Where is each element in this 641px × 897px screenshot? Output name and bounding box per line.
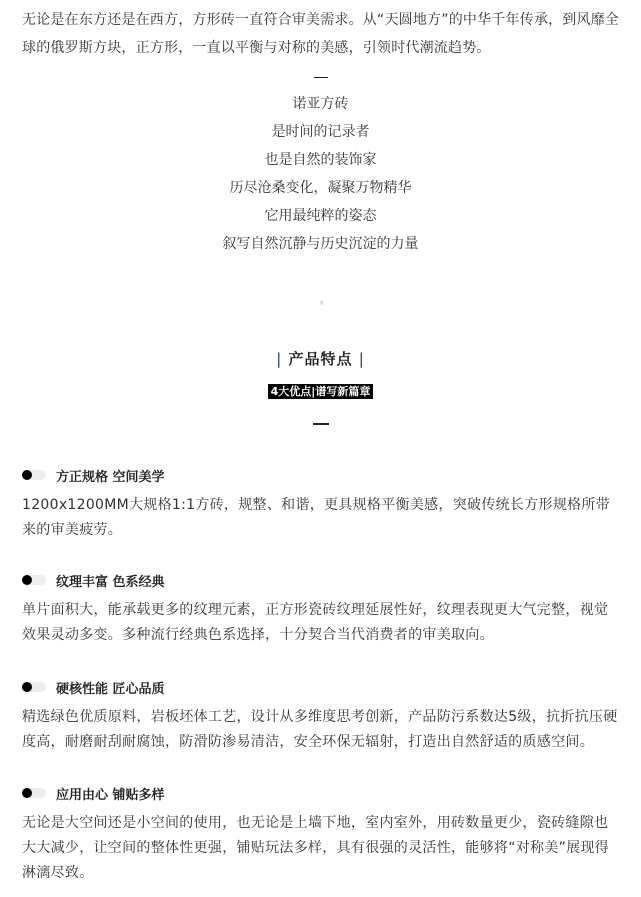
poem-line: 也是自然的装饰家 — [0, 146, 641, 174]
feature-header: 硬核性能 匠心品质 — [22, 677, 622, 697]
feature-body: 1200x1200MM大规格1:1方砖，规整、和谐，更具规格平衡美感，突破传统长… — [22, 493, 622, 543]
feature-item: 硬核性能 匠心品质 精选绿色优质原料，岩板坯体工艺，设计从多维度思考创新，产品防… — [22, 677, 622, 755]
toggle-knob — [22, 682, 32, 692]
toggle-knob — [22, 575, 32, 585]
toggle-bullet-icon — [22, 470, 46, 480]
toggle-knob — [22, 470, 32, 480]
feature-item: 方正规格 空间美学 1200x1200MM大规格1:1方砖，规整、和谐，更具规格… — [22, 465, 622, 543]
divider-dash — [314, 77, 328, 78]
feature-header: 应用由心 铺贴多样 — [22, 783, 622, 803]
toggle-bullet-icon — [22, 575, 46, 585]
divider-dash-bold — [313, 423, 329, 425]
bar-right: | — [359, 350, 365, 368]
feature-title: 纹理丰富 色系经典 — [56, 571, 165, 590]
tagline-badge: 4大优点|谱写新篇章 — [268, 384, 374, 399]
intro-paragraph: 无论是在东方还是在西方，方形砖一直符合审美需求。从“天圆地方”的中华千年传承，到… — [22, 6, 622, 62]
toggle-bullet-icon — [22, 788, 46, 798]
feature-body: 单片面积大，能承载更多的纹理元素，正方形瓷砖纹理延展性好，纹理表现更大气完整，视… — [22, 598, 622, 648]
poem-line: 它用最纯粹的姿态 — [0, 202, 641, 230]
toggle-bullet-icon — [22, 682, 46, 692]
feature-title: 硬核性能 匠心品质 — [56, 678, 165, 697]
feature-header: 方正规格 空间美学 — [22, 465, 622, 485]
feature-title: 方正规格 空间美学 — [56, 466, 165, 485]
feature-title: 应用由心 铺贴多样 — [56, 784, 165, 803]
poem-line: 诺亚方砖 — [0, 90, 641, 118]
feature-item: 纹理丰富 色系经典 单片面积大，能承载更多的纹理元素，正方形瓷砖纹理延展性好，纹… — [22, 570, 622, 648]
feature-item: 应用由心 铺贴多样 无论是大空间还是小空间的使用，也无论是上墙下地，室内室外，用… — [22, 783, 622, 886]
poem-line: 历尽沧桑变化，凝聚万物精华 — [0, 174, 641, 202]
toggle-knob — [22, 788, 32, 798]
section-title-text: 产品特点 — [288, 350, 352, 368]
poem-line: 是时间的记录者 — [0, 118, 641, 146]
bar-left: | — [276, 350, 282, 368]
tagline-wrap: 4大优点|谱写新篇章 — [0, 380, 641, 399]
poem: 诺亚方砖 是时间的记录者 也是自然的装饰家 历尽沧桑变化，凝聚万物精华 它用最纯… — [0, 90, 641, 258]
down-arrow-icon: ▿ — [320, 299, 324, 307]
feature-body: 无论是大空间还是小空间的使用，也无论是上墙下地，室内室外，用砖数量更少，瓷砖缝隙… — [22, 811, 622, 886]
poem-line: 叙写自然沉静与历史沉淀的力量 — [0, 230, 641, 258]
section-title: | 产品特点 | — [0, 348, 641, 369]
feature-header: 纹理丰富 色系经典 — [22, 570, 622, 590]
feature-body: 精选绿色优质原料，岩板坯体工艺，设计从多维度思考创新，产品防污系数达5级，抗折抗… — [22, 705, 622, 755]
